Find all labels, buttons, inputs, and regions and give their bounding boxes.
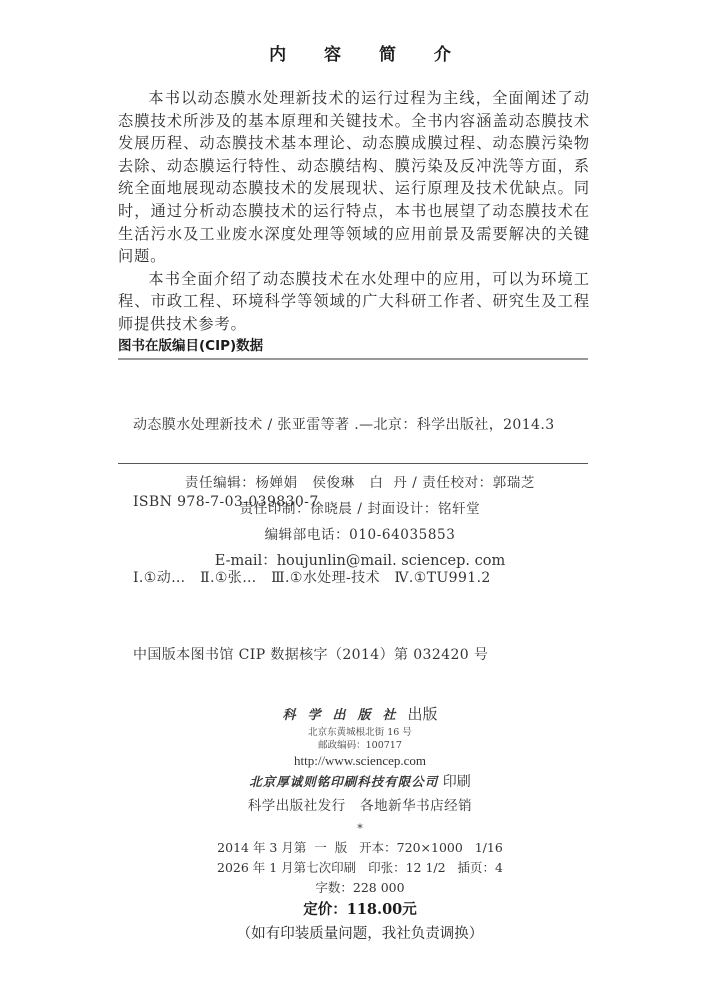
printer-suffix: 印刷 [443, 774, 471, 790]
quality-notice: （如有印装质量问题，我社负责调换） [0, 922, 720, 946]
summary-paragraph-1: 本书以动态膜水处理新技术的运行过程为主线，全面阐述了动态膜技术所涉及的基本原理和… [118, 87, 590, 268]
editors-line: 责任编辑：杨婵娟 侯俊琳 白 丹 / 责任校对：郭瑞芝 [0, 470, 720, 496]
cip-heading: 图书在版编目(CIP)数据 [118, 334, 263, 354]
cip-title-line: 动态膜水处理新技术 / 张亚雷等著 .—北京：科学出版社，2014.3 [133, 413, 555, 439]
publisher-suffix: 出版 [408, 705, 438, 723]
cip-top-rule [118, 358, 588, 360]
editorial-email: E-mail：houjunlin@mail. sciencep. com [0, 548, 720, 574]
word-count: 字数：228 000 [0, 878, 720, 898]
summary-paragraph-2: 本书全面介绍了动态膜技术在水处理中的应用，可以为环境工程、市政工程、环境科学等领… [118, 268, 590, 336]
impression-line: 2026 年 1 月第七次印刷 印张：12 1/2 插页：4 [0, 858, 720, 878]
publisher-logo-text: 科学出版社 [282, 708, 407, 723]
separator-asterisk: * [0, 820, 720, 838]
publisher-line: 科学出版社出版 [0, 704, 720, 726]
publisher-address: 北京东黄城根北街 16 号 [0, 726, 720, 739]
printing-design-line: 责任印制：徐晓晨 / 封面设计：铭轩堂 [0, 496, 720, 522]
distribution-line: 科学出版社发行 各地新华书店经销 [0, 794, 720, 818]
printer-line: 北京厚诚则铭印刷科技有限公司 印刷 [0, 770, 720, 794]
publisher-postcode: 邮政编码：100717 [0, 739, 720, 752]
editorial-phone: 编辑部电话：010-64035853 [0, 522, 720, 548]
book-summary: 本书以动态膜水处理新技术的运行过程为主线，全面阐述了动态膜技术所涉及的基本原理和… [118, 87, 590, 336]
publisher-url: http://www.sciencep.com [0, 752, 720, 770]
page-title: 内 容 简 介 [0, 40, 720, 65]
cip-verification-line: 中国版本图书馆 CIP 数据核字（2014）第 032420 号 [133, 643, 555, 669]
price: 定价：118.00元 [0, 898, 720, 922]
edition-line: 2014 年 3 月第 一 版 开本：720×1000 1/16 [0, 838, 720, 858]
printer-name: 北京厚诚则铭印刷科技有限公司 [249, 774, 438, 789]
cip-bottom-rule [118, 463, 588, 464]
colophon: 科学出版社出版 北京东黄城根北街 16 号 邮政编码：100717 http:/… [0, 704, 720, 946]
credits-block: 责任编辑：杨婵娟 侯俊琳 白 丹 / 责任校对：郭瑞芝 责任印制：徐晓晨 / 封… [0, 470, 720, 574]
